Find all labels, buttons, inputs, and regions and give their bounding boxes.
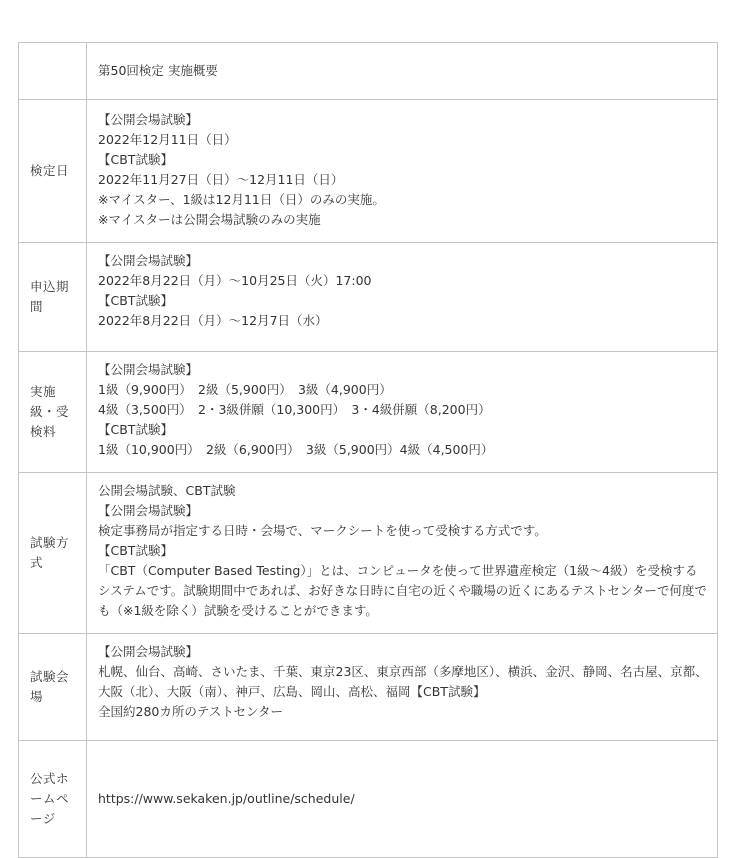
- text-line: 公開会場試験、CBT試験: [98, 481, 709, 501]
- text-line: 札幌、仙台、高崎、さいたま、千葉、東京23区、東京西部（多摩地区）、横浜、金沢、…: [98, 662, 709, 702]
- text-line: 「CBT（Computer Based Testing）」とは、コンピュータを使…: [98, 561, 709, 621]
- row-label-exam-venues: 試験会場: [19, 634, 87, 741]
- text-line: 【公開会場試験】: [98, 251, 709, 271]
- row-label-application-period: 申込期間: [19, 243, 87, 352]
- exam-method-content: 公開会場試験、CBT試験 【公開会場試験】 検定事務局が指定する日時・会場で、マ…: [87, 473, 718, 634]
- text-line: 【公開会場試験】: [98, 642, 709, 662]
- text-line: 全国約280カ所のテストセンター: [98, 702, 709, 722]
- table-row-application-period: 申込期間 【公開会場試験】 2022年8月22日（月）～10月25日（火）17:…: [19, 243, 718, 352]
- grades-fees-content: 【公開会場試験】 1級（9,900円） 2級（5,900円） 3級（4,900円…: [87, 352, 718, 473]
- text-line: 【CBT試験】: [98, 150, 709, 170]
- row-label-official-website: 公式ホームページ: [19, 741, 87, 858]
- text-line: 2022年8月22日（月）～12月7日（水）: [98, 311, 709, 331]
- text-line: 4級（3,500円） 2・3級併願（10,300円） 3・4級併願（8,200円…: [98, 400, 709, 420]
- official-website-content: https://www.sekaken.jp/outline/schedule/: [87, 741, 718, 858]
- exam-date-content: 【公開会場試験】 2022年12月11日（日） 【CBT試験】 2022年11月…: [87, 100, 718, 243]
- text-line: 検定事務局が指定する日時・会場で、マークシートを使って受検する方式です。: [98, 521, 709, 541]
- text-line: 【CBT試験】: [98, 541, 709, 561]
- text-line: 【公開会場試験】: [98, 501, 709, 521]
- text-line: 2022年11月27日（日）～12月11日（日）: [98, 170, 709, 190]
- table-row-title: 第50回検定 実施概要: [19, 43, 718, 100]
- table-title: 第50回検定 実施概要: [87, 43, 718, 100]
- row-label-grades-fees: 実施級・受検料: [19, 352, 87, 473]
- text-line: 【公開会場試験】: [98, 360, 709, 380]
- text-line: ※マイスターは公開会場試験のみの実施: [98, 210, 709, 230]
- table-row-grades-fees: 実施級・受検料 【公開会場試験】 1級（9,900円） 2級（5,900円） 3…: [19, 352, 718, 473]
- exam-overview-table: 第50回検定 実施概要 検定日 【公開会場試験】 2022年12月11日（日） …: [18, 42, 718, 858]
- text-line: 2022年12月11日（日）: [98, 130, 709, 150]
- exam-venues-content: 【公開会場試験】 札幌、仙台、高崎、さいたま、千葉、東京23区、東京西部（多摩地…: [87, 634, 718, 741]
- text-line: 【CBT試験】: [98, 291, 709, 311]
- table-row-exam-method: 試験方式 公開会場試験、CBT試験 【公開会場試験】 検定事務局が指定する日時・…: [19, 473, 718, 634]
- text-line: 1級（9,900円） 2級（5,900円） 3級（4,900円）: [98, 380, 709, 400]
- row-label-empty: [19, 43, 87, 100]
- table-row-official-website: 公式ホームページ https://www.sekaken.jp/outline/…: [19, 741, 718, 858]
- application-period-content: 【公開会場試験】 2022年8月22日（月）～10月25日（火）17:00 【C…: [87, 243, 718, 352]
- row-label-exam-method: 試験方式: [19, 473, 87, 634]
- text-line: 2022年8月22日（月）～10月25日（火）17:00: [98, 271, 709, 291]
- text-line: 1級（10,900円） 2級（6,900円） 3級（5,900円）4級（4,50…: [98, 440, 709, 460]
- text-line: 【公開会場試験】: [98, 110, 709, 130]
- table-row-exam-date: 検定日 【公開会場試験】 2022年12月11日（日） 【CBT試験】 2022…: [19, 100, 718, 243]
- official-website-link[interactable]: https://www.sekaken.jp/outline/schedule/: [98, 791, 355, 806]
- text-line: ※マイスター、1級は12月11日（日）のみの実施。: [98, 190, 709, 210]
- text-line: 【CBT試験】: [98, 420, 709, 440]
- table-row-exam-venues: 試験会場 【公開会場試験】 札幌、仙台、高崎、さいたま、千葉、東京23区、東京西…: [19, 634, 718, 741]
- row-label-exam-date: 検定日: [19, 100, 87, 243]
